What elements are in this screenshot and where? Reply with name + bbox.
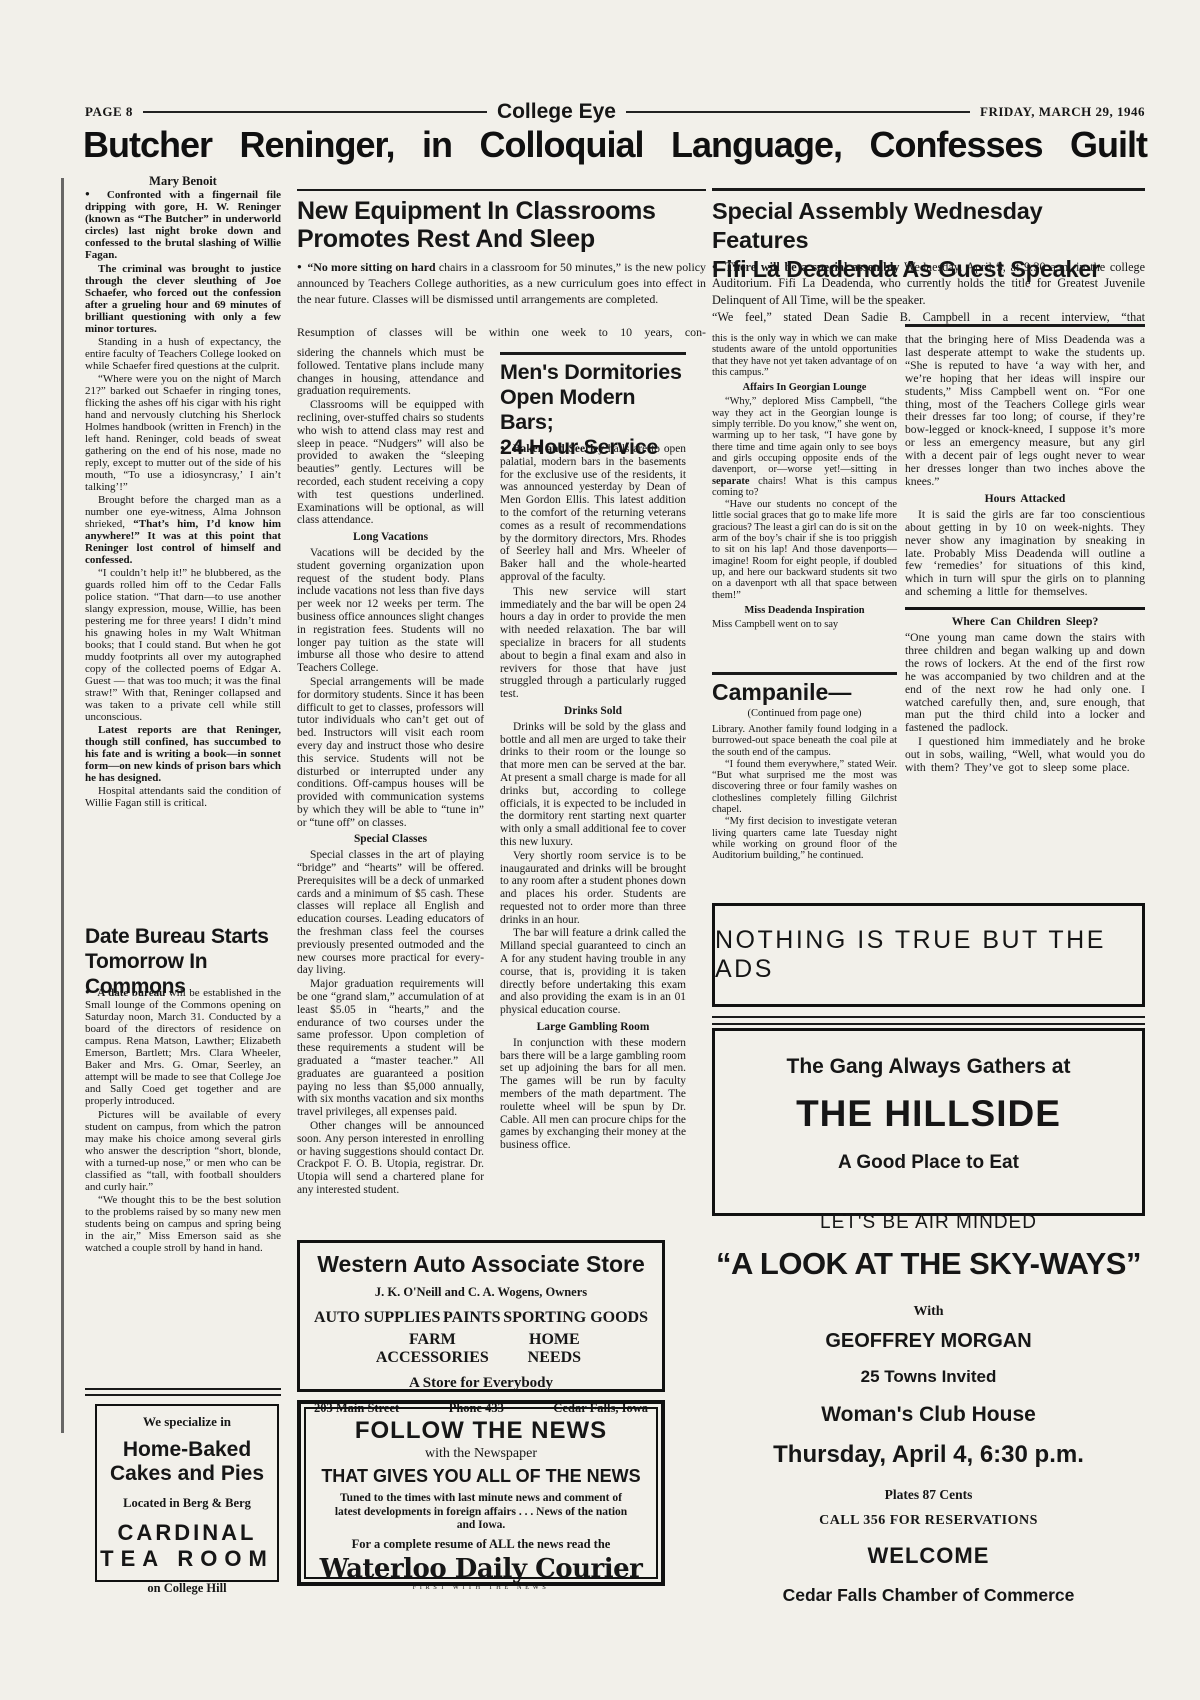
divider-rule bbox=[85, 1394, 281, 1396]
dorm-headline-line2: Open Modern Bars; bbox=[500, 385, 690, 435]
hillside-ad: The Gang Always Gathers at THE HILLSIDE … bbox=[712, 1028, 1145, 1216]
skyways-with: With bbox=[712, 1304, 1145, 1320]
paragraph: This new service will start immediately … bbox=[500, 586, 686, 701]
tea-room-name-line1: CARDINAL bbox=[97, 1520, 277, 1546]
paragraph: ● Confronted with a fingernail file drip… bbox=[85, 188, 281, 261]
paragraph: The criminal was brought to justice thro… bbox=[85, 263, 281, 335]
skyways-venue: Woman's Club House bbox=[712, 1403, 1145, 1427]
dorm-story-body: ● Baker and Seerley halls are to open pa… bbox=[500, 442, 686, 1153]
hillside-slogan: A Good Place to Eat bbox=[715, 1152, 1142, 1174]
masthead: College Eye bbox=[497, 100, 616, 124]
nothing-ad-text: NOTHING IS TRUE BUT THE ADS bbox=[715, 926, 1142, 984]
flow-rule bbox=[905, 607, 1145, 610]
page-header: PAGE 8 College Eye FRIDAY, MARCH 29, 194… bbox=[85, 100, 1145, 124]
hillside-tagline: The Gang Always Gathers at bbox=[715, 1055, 1142, 1079]
assembly-headline-line1: Special Assembly Wednesday Features bbox=[712, 197, 1145, 255]
newspaper-page: PAGE 8 College Eye FRIDAY, MARCH 29, 194… bbox=[0, 0, 1200, 1700]
story-top-rule bbox=[500, 352, 686, 355]
nothing-is-true-ad: NOTHING IS TRUE BUT THE ADS bbox=[712, 903, 1145, 1007]
courier-subline: with the Newspaper bbox=[306, 1446, 656, 1462]
bullet-icon: ● bbox=[85, 987, 97, 996]
equipment-headline-line1: New Equipment In Classrooms bbox=[297, 197, 706, 225]
skyways-datetime: Thursday, April 4, 6:30 p.m. bbox=[712, 1441, 1145, 1469]
paragraph: Vacations will be decided by the student… bbox=[297, 547, 484, 675]
subheading: Special Classes bbox=[297, 833, 484, 846]
bullet-icon: ● bbox=[500, 443, 513, 452]
equipment-headline-line2: Promotes Rest And Sleep bbox=[297, 225, 706, 253]
date-bureau-headline-line1: Date Bureau Starts bbox=[85, 924, 285, 949]
paragraph: sidering the channels which must be foll… bbox=[297, 347, 484, 398]
story-top-rule bbox=[297, 189, 706, 191]
paragraph: ● Baker and Seerley halls are to open pa… bbox=[500, 442, 686, 584]
skyways-sponsor: Cedar Falls Chamber of Commerce bbox=[712, 1585, 1145, 1606]
page-number: PAGE 8 bbox=[85, 104, 133, 120]
courier-headline2: THAT GIVES YOU ALL OF THE NEWS bbox=[306, 1466, 656, 1487]
western-auto-categories-row1: AUTO SUPPLIES PAINTS SPORTING GOODS bbox=[314, 1309, 648, 1327]
bullet-icon: ● bbox=[85, 189, 107, 198]
western-auto-owners: J. K. O'Neill and C. A. Wogens, Owners bbox=[314, 1285, 648, 1300]
paragraph: Special arrangements will be made for do… bbox=[297, 676, 484, 830]
subheading: Large Gambling Room bbox=[500, 1021, 686, 1034]
paragraph: Other changes will be announced soon. An… bbox=[297, 1120, 484, 1197]
western-auto-ad: Western Auto Associate Store J. K. O'Nei… bbox=[297, 1240, 665, 1392]
paragraph: “Where were you on the night of March 21… bbox=[85, 373, 281, 493]
paragraph: In conjunction with these modern bars th… bbox=[500, 1037, 686, 1152]
campanile-body: Library. Another family found lodging in… bbox=[712, 724, 897, 863]
paragraph: Pictures will be available of every stud… bbox=[85, 1109, 281, 1193]
subheading: Affairs In Georgian Lounge bbox=[712, 382, 897, 393]
courier-headline: FOLLOW THE NEWS bbox=[306, 1417, 656, 1445]
assembly-story-bridge-line: “We feel,” stated Dean Sadie B. Campbell… bbox=[712, 310, 1145, 325]
bullet-icon: ● bbox=[297, 262, 304, 271]
courier-cta: For a complete resume of ALL the news re… bbox=[306, 1537, 656, 1552]
western-auto-slogan: A Store for Everybody bbox=[314, 1375, 648, 1392]
paragraph: Standing in a hush of expectancy, the en… bbox=[85, 336, 281, 372]
paragraph: It is said the girls are far too conscie… bbox=[905, 509, 1145, 599]
paragraph: “I couldn’t help it!” he blubbered, as t… bbox=[85, 567, 281, 723]
subheading: Drinks Sold bbox=[500, 705, 686, 718]
skyways-title: “A LOOK AT THE SKY-WAYS” bbox=[712, 1246, 1145, 1282]
skyways-welcome: WELCOME bbox=[712, 1543, 1145, 1569]
equipment-story-body: sidering the channels which must be foll… bbox=[297, 347, 484, 1198]
bullet-icon: ● bbox=[712, 262, 721, 271]
paragraph: “Why,” deplored Miss Campbell, “the way … bbox=[712, 396, 897, 498]
skyways-event-ad: LET'S BE AIR MINDED “A LOOK AT THE SKY-W… bbox=[712, 1212, 1145, 1606]
assembly-story-lead: ● There will be a special assembly Wedne… bbox=[712, 259, 1145, 308]
paragraph: Very shortly room service is to be inaug… bbox=[500, 850, 686, 927]
tea-room-address: on College Hill bbox=[97, 1581, 277, 1596]
paragraph: “I found them everywhere,” stated Weir. … bbox=[712, 759, 897, 815]
courier-ad: FOLLOW THE NEWS with the Newspaper THAT … bbox=[297, 1400, 665, 1586]
subheading: Miss Deadenda Inspiration bbox=[712, 605, 897, 616]
main-headline: Butcher Reninger, in Colloquial Language… bbox=[83, 124, 1147, 166]
paragraph: “We thought this to be the best solution… bbox=[85, 1194, 281, 1254]
paragraph: I questioned him immediately and he brok… bbox=[905, 736, 1145, 775]
paragraph: Major graduation requirements will be on… bbox=[297, 978, 484, 1119]
paragraph: “Have our students no concept of the lit… bbox=[712, 499, 897, 601]
campanile-continued-note: (Continued from page one) bbox=[712, 708, 897, 719]
subheading: Long Vacations bbox=[297, 531, 484, 544]
skyways-towns: 25 Towns Invited bbox=[712, 1367, 1145, 1387]
equipment-story-bridge-line: Resumption of classes will be within one… bbox=[297, 325, 706, 340]
courier-slogan: FIRST WITH THE NEWS bbox=[306, 1584, 656, 1591]
header-rule-right bbox=[626, 111, 970, 113]
story-top-rule bbox=[712, 188, 1145, 191]
paragraph: “My first decision to investigate vetera… bbox=[712, 816, 897, 861]
tea-room-product-line1: Home-Baked bbox=[97, 1438, 277, 1462]
paragraph: Special classes in the art of playing “b… bbox=[297, 849, 484, 977]
divider-rule bbox=[85, 1388, 281, 1390]
skyways-line1: LET'S BE AIR MINDED bbox=[712, 1212, 1145, 1234]
column-rule bbox=[905, 324, 1145, 327]
paragraph: Library. Another family found lodging in… bbox=[712, 724, 897, 758]
header-rule-left bbox=[143, 111, 487, 113]
paragraph: that the bringing here of Miss Deadenda … bbox=[905, 334, 1145, 489]
story-top-rule bbox=[712, 672, 897, 675]
tea-room-product-line2: Cakes and Pies bbox=[97, 1462, 277, 1486]
campanile-headline: Campanile— bbox=[712, 679, 897, 706]
dorm-headline-line1: Men's Dormitories bbox=[500, 360, 690, 385]
western-auto-title: Western Auto Associate Store bbox=[314, 1251, 648, 1278]
paragraph: Drinks will be sold by the glass and bot… bbox=[500, 721, 686, 849]
paragraph: Hospital attendants said the condition o… bbox=[85, 785, 281, 809]
equipment-story-lead: ● “No more sitting on hard chairs in a c… bbox=[297, 259, 706, 307]
paragraph: Latest reports are that Reninger, though… bbox=[85, 724, 281, 784]
paragraph: this is the only way in which we can mak… bbox=[712, 333, 897, 378]
hillside-name: THE HILLSIDE bbox=[715, 1093, 1142, 1135]
tea-room-location: Located in Berg & Berg bbox=[97, 1496, 277, 1511]
cardinal-tea-room-ad: We specialize in Home-Baked Cakes and Pi… bbox=[95, 1404, 279, 1582]
scan-edge-artifact bbox=[61, 178, 64, 1433]
date-bureau-body: ● A date bureau will be established in t… bbox=[85, 986, 281, 1255]
paragraph: Brought before the charged man as a numb… bbox=[85, 494, 281, 566]
courier-body: Tuned to the times with last minute news… bbox=[331, 1492, 631, 1533]
paragraph: The bar will feature a drink called the … bbox=[500, 927, 686, 1017]
paragraph: Classrooms will be equipped with reclini… bbox=[297, 399, 484, 527]
assembly-story-body-right: that the bringing here of Miss Deadenda … bbox=[905, 334, 1145, 776]
courier-ad-inner-border: FOLLOW THE NEWS with the Newspaper THAT … bbox=[304, 1407, 658, 1579]
subheading: Where Can Children Sleep? bbox=[905, 616, 1145, 629]
paragraph: ● A date bureau will be established in t… bbox=[85, 986, 281, 1107]
courier-name: Waterloo Daily Courier bbox=[306, 1554, 656, 1584]
double-rule-divider bbox=[712, 1016, 1145, 1025]
tea-room-name-line2: TEA ROOM bbox=[97, 1546, 277, 1572]
skyways-plates: Plates 87 Cents bbox=[712, 1487, 1145, 1503]
skyways-speaker: GEOFFREY MORGAN bbox=[712, 1330, 1145, 1353]
tea-room-tagline: We specialize in bbox=[97, 1414, 277, 1430]
issue-date: FRIDAY, MARCH 29, 1946 bbox=[980, 104, 1145, 120]
assembly-story-body-left: this is the only way in which we can mak… bbox=[712, 333, 897, 631]
skyways-reservations: CALL 356 FOR RESERVATIONS bbox=[712, 1513, 1145, 1529]
equipment-story-headline: New Equipment In Classrooms Promotes Res… bbox=[297, 197, 706, 253]
paragraph: Miss Campbell went on to say bbox=[712, 619, 897, 630]
byline: Mary Benoit bbox=[85, 174, 281, 189]
subheading: Hours Attacked bbox=[905, 493, 1145, 506]
western-auto-categories-row2: FARM ACCESSORIES HOME NEEDS bbox=[314, 1331, 648, 1367]
lead-story-body: ● Confronted with a fingernail file drip… bbox=[85, 188, 281, 810]
paragraph: “One young man came down the stairs with… bbox=[905, 632, 1145, 735]
